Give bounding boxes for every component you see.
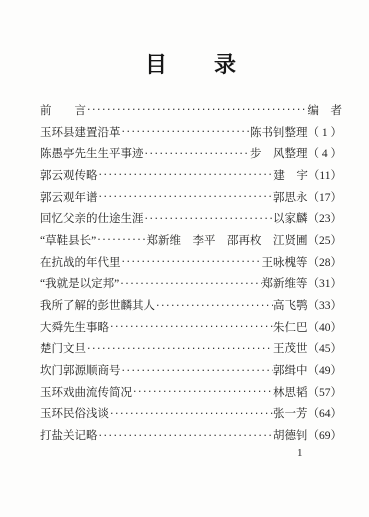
dot-leader (121, 364, 274, 377)
toc-entry: 在抗战的年代里 王咏槐等 （28） (40, 251, 342, 273)
entry-title: 郭云观传略 (40, 167, 98, 183)
entry-page: （28） (308, 254, 343, 270)
entry-title: 楚门文旦 (40, 340, 86, 356)
dot-leader (155, 299, 273, 312)
toc-entry: 坎门郭源顺商号 郭缉中 （49） (40, 359, 342, 381)
dot-leader (98, 190, 274, 203)
toc-entry: 大舜先生事略 朱仁巴 （40） (40, 316, 342, 338)
toc-entry: 玉环戏曲流传简况 林思韬 （57） (40, 381, 342, 403)
entry-page: （69） (308, 427, 343, 443)
entry-title: 玉环民俗浅谈 (40, 405, 109, 421)
entry-authors: 步 风整理 (250, 145, 308, 161)
entry-page: （33） (308, 297, 343, 313)
entry-title: 郭云观年谱 (40, 189, 98, 205)
dot-leader (132, 385, 273, 398)
entry-title: 大舜先生事略 (40, 319, 109, 335)
toc-entry: “草鞋县长” 郑新维 李平 邵再枚 江贤圃 （25） (40, 229, 342, 251)
entry-title: 在抗战的年代里 (40, 254, 121, 270)
entry-authors: 张一芳 (273, 405, 308, 421)
dot-leader (86, 103, 308, 116)
toc-entry: “我就是以定邦” 郑新维等 （31） (40, 273, 342, 295)
entry-authors: 王茂世 (273, 340, 308, 356)
entry-page: （25） (308, 232, 343, 248)
entry-page: （11） (308, 167, 342, 183)
toc-entry: 郭云观传略 建 宇 （11） (40, 164, 342, 186)
entry-page: （57） (308, 384, 343, 400)
dot-leader (96, 233, 146, 246)
entry-page: （ 1 ） (308, 124, 343, 140)
dot-leader (119, 277, 261, 290)
toc-entry: 前 言 编 者 (40, 99, 342, 121)
toc-list: 前 言 编 者 玉环县建置沿革 陈书钊整理 （ 1 ） 陈愚亭先生生平事迹 步 … (40, 99, 342, 446)
entry-authors: 以家麟 (273, 210, 308, 226)
toc-entry: 玉环民俗浅谈 张一芳 （64） (40, 403, 342, 425)
toc-entry: 我所了解的彭世麟其人 高飞鹗 （33） (40, 294, 342, 316)
entry-title: 坎门郭源顺商号 (40, 362, 121, 378)
dot-leader (144, 212, 274, 225)
scanned-toc-page: 目 录 前 言 编 者 玉环县建置沿革 陈书钊整理 （ 1 ） 陈愚亭先生生平事… (0, 0, 369, 517)
entry-title: 打盐关记略 (40, 427, 98, 443)
dot-leader (144, 147, 251, 160)
entry-page: （40） (308, 319, 343, 335)
entry-title: 陈愚亭先生生平事迹 (40, 145, 144, 161)
entry-title: “草鞋县长” (40, 232, 96, 248)
entry-authors: 郭思永 (273, 189, 308, 205)
toc-entry: 回忆父亲的仕途生涯 以家麟 （23） (40, 207, 342, 229)
entry-authors: 郭缉中 (273, 362, 308, 378)
entry-page: （64） (308, 405, 343, 421)
entry-title: 我所了解的彭世麟其人 (40, 297, 155, 313)
entry-title: 玉环县建置沿革 (40, 124, 121, 140)
entry-title: 玉环戏曲流传简况 (40, 384, 132, 400)
dot-leader (109, 320, 273, 333)
entry-page: （49） (308, 362, 343, 378)
page-title: 目 录 (40, 48, 342, 79)
entry-page: （ 4 ） (308, 145, 343, 161)
entry-page: （45） (308, 340, 343, 356)
entry-authors: 林思韬 (273, 384, 308, 400)
toc-entry: 楚门文旦 王茂世 （45） (40, 338, 342, 360)
entry-authors: 郑新维等 (262, 275, 308, 291)
entry-title: 前 言 (40, 102, 86, 118)
entry-authors: 郑新维 李平 邵再枚 江贤圃 (147, 232, 308, 248)
dot-leader (109, 407, 273, 420)
entry-title: 回忆父亲的仕途生涯 (40, 210, 144, 226)
entry-page: （31） (308, 275, 343, 291)
toc-entry: 郭云观年谱 郭思永 （17） (40, 186, 342, 208)
dot-leader (121, 125, 251, 138)
entry-authors: 高飞鹗 (273, 297, 308, 313)
toc-entry: 打盐关记略 胡德钊 （69） (40, 424, 342, 446)
dot-leader (98, 429, 274, 442)
dot-leader (121, 255, 262, 268)
entry-page: （23） (308, 210, 343, 226)
dot-leader (98, 168, 274, 181)
entry-authors: 王咏槐等 (262, 254, 308, 270)
entry-page: （17） (308, 189, 343, 205)
entry-authors: 胡德钊 (273, 427, 308, 443)
toc-entry: 玉环县建置沿革 陈书钊整理 （ 1 ） (40, 121, 342, 143)
dot-leader (86, 342, 273, 355)
page-number: 1 (297, 447, 303, 459)
entry-authors: 建 宇 (273, 167, 308, 183)
entry-authors: 编 者 (308, 102, 343, 118)
entry-title: “我就是以定邦” (40, 275, 119, 291)
toc-entry: 陈愚亭先生生平事迹 步 风整理 （ 4 ） (40, 142, 342, 164)
entry-authors: 朱仁巴 (273, 319, 308, 335)
entry-authors: 陈书钊整理 (250, 124, 308, 140)
